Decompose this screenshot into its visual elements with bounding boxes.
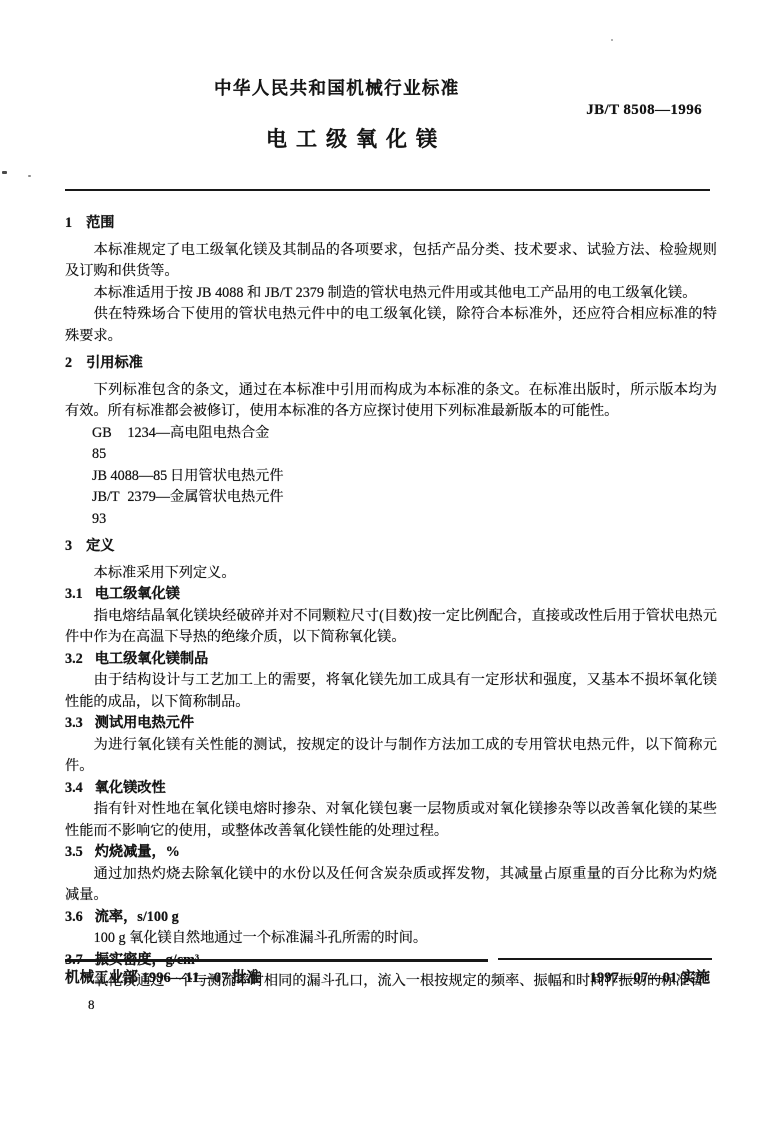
footer-rule-left: [65, 959, 488, 962]
clause-heading: 3.2电工级氧化镁制品: [65, 649, 717, 671]
paragraph: 本标准采用下列定义。: [65, 563, 717, 585]
clause-number: 3.5: [65, 844, 83, 860]
approval-line: 机械工业部 1996—11—07 批准: [65, 966, 261, 987]
standard-number: JB/T 8508—1996: [586, 102, 702, 119]
paragraph: 指电熔结晶氧化镁块经破碎并对不同颗粒尺寸(目数)按一定比例配合，直接或改性后用于…: [65, 606, 717, 649]
clause-heading: 3.6流率，s/100 g: [65, 907, 717, 929]
section-title: 引用标准: [86, 355, 143, 371]
clause-number: 3.4: [65, 780, 83, 796]
reference-title: 日用管状电热元件: [170, 466, 284, 488]
reference-code: JB/T 2379—93: [92, 487, 170, 530]
reference-code: GB 1234—85: [92, 423, 170, 466]
section-heading: 2引用标准: [65, 353, 717, 375]
section-number: 2: [65, 355, 72, 371]
clause-title: 电工级氧化镁制品: [95, 651, 209, 667]
reference-item: JB/T 2379—93金属管状电热元件: [65, 487, 717, 530]
clause-title: 流率，s/100 g: [95, 909, 179, 925]
reference-item: JB 4088—85日用管状电热元件: [65, 466, 717, 488]
scan-speck: [2, 171, 7, 174]
footer-rule-right: [498, 958, 712, 960]
clause-number: 3.2: [65, 651, 83, 667]
clause-title: 电工级氧化镁: [95, 586, 180, 602]
clause-title: 测试用电热元件: [95, 715, 194, 731]
clause-heading: 3.4氧化镁改性: [65, 778, 717, 800]
clause-heading: 3.3测试用电热元件: [65, 713, 717, 735]
scan-speck: [611, 39, 613, 41]
paragraph: 指有针对性地在氧化镁电熔时掺杂、对氧化镁包裹一层物质或对氧化镁掺杂等以改善氧化镁…: [65, 799, 717, 842]
page-number: 8: [88, 997, 95, 1013]
standard-org-line: 中华人民共和国机械行业标准: [214, 75, 460, 100]
section-number: 1: [65, 215, 72, 231]
clause-number: 3.6: [65, 909, 83, 925]
reference-item: GB 1234—85高电阻电热合金: [65, 423, 717, 466]
reference-title: 高电阻电热合金: [170, 423, 269, 466]
section-heading: 3定义: [65, 536, 717, 558]
clause-number: 3.1: [65, 586, 83, 602]
paragraph: 本标准规定了电工级氧化镁及其制品的各项要求，包括产品分类、技术要求、试验方法、检…: [65, 240, 717, 283]
scan-speck: [28, 175, 31, 177]
paragraph: 供在特殊场合下使用的管状电热元件中的电工级氧化镁，除符合本标准外，还应符合相应标…: [65, 304, 717, 347]
paragraph: 为进行氧化镁有关性能的测试，按规定的设计与制作方法加工成的专用管状电热元件，以下…: [65, 735, 717, 778]
document-title: 电工级氧化镁: [266, 123, 446, 153]
section-title: 范围: [86, 215, 114, 231]
clause-title: 氧化镁改性: [95, 780, 166, 796]
clause-heading: 3.5灼烧减量，%: [65, 842, 717, 864]
document-body: 1范围本标准规定了电工级氧化镁及其制品的各项要求，包括产品分类、技术要求、试验方…: [65, 207, 717, 993]
header-rule: [65, 189, 710, 191]
paragraph: 由于结构设计与工艺加工上的需要，将氧化镁先加工成具有一定形状和强度，又基本不损坏…: [65, 670, 717, 713]
section-number: 3: [65, 538, 72, 554]
paragraph: 通过加热灼烧去除氧化镁中的水份以及任何含炭杂质或挥发物，其减量占原重量的百分比称…: [65, 864, 717, 907]
section-heading: 1范围: [65, 213, 717, 235]
standard-document-page: 中华人民共和国机械行业标准 JB/T 8508—1996 电工级氧化镁 1范围本…: [0, 0, 772, 1122]
paragraph: 下列标准包含的条文，通过在本标准中引用而构成为本标准的条文。在标准出版时，所示版…: [65, 380, 717, 423]
clause-heading: 3.1电工级氧化镁: [65, 584, 717, 606]
clause-number: 3.3: [65, 715, 83, 731]
reference-title: 金属管状电热元件: [170, 487, 284, 530]
clause-title: 灼烧减量，%: [95, 844, 180, 860]
reference-code: JB 4088—85: [92, 466, 170, 488]
implementation-line: 1997—07—01 实施: [590, 966, 710, 987]
paragraph: 本标准适用于按 JB 4088 和 JB/T 2379 制造的管状电热元件用或其…: [65, 283, 717, 305]
section-title: 定义: [86, 538, 114, 554]
paragraph: 100 g 氧化镁自然地通过一个标准漏斗孔所需的时间。: [65, 928, 717, 950]
